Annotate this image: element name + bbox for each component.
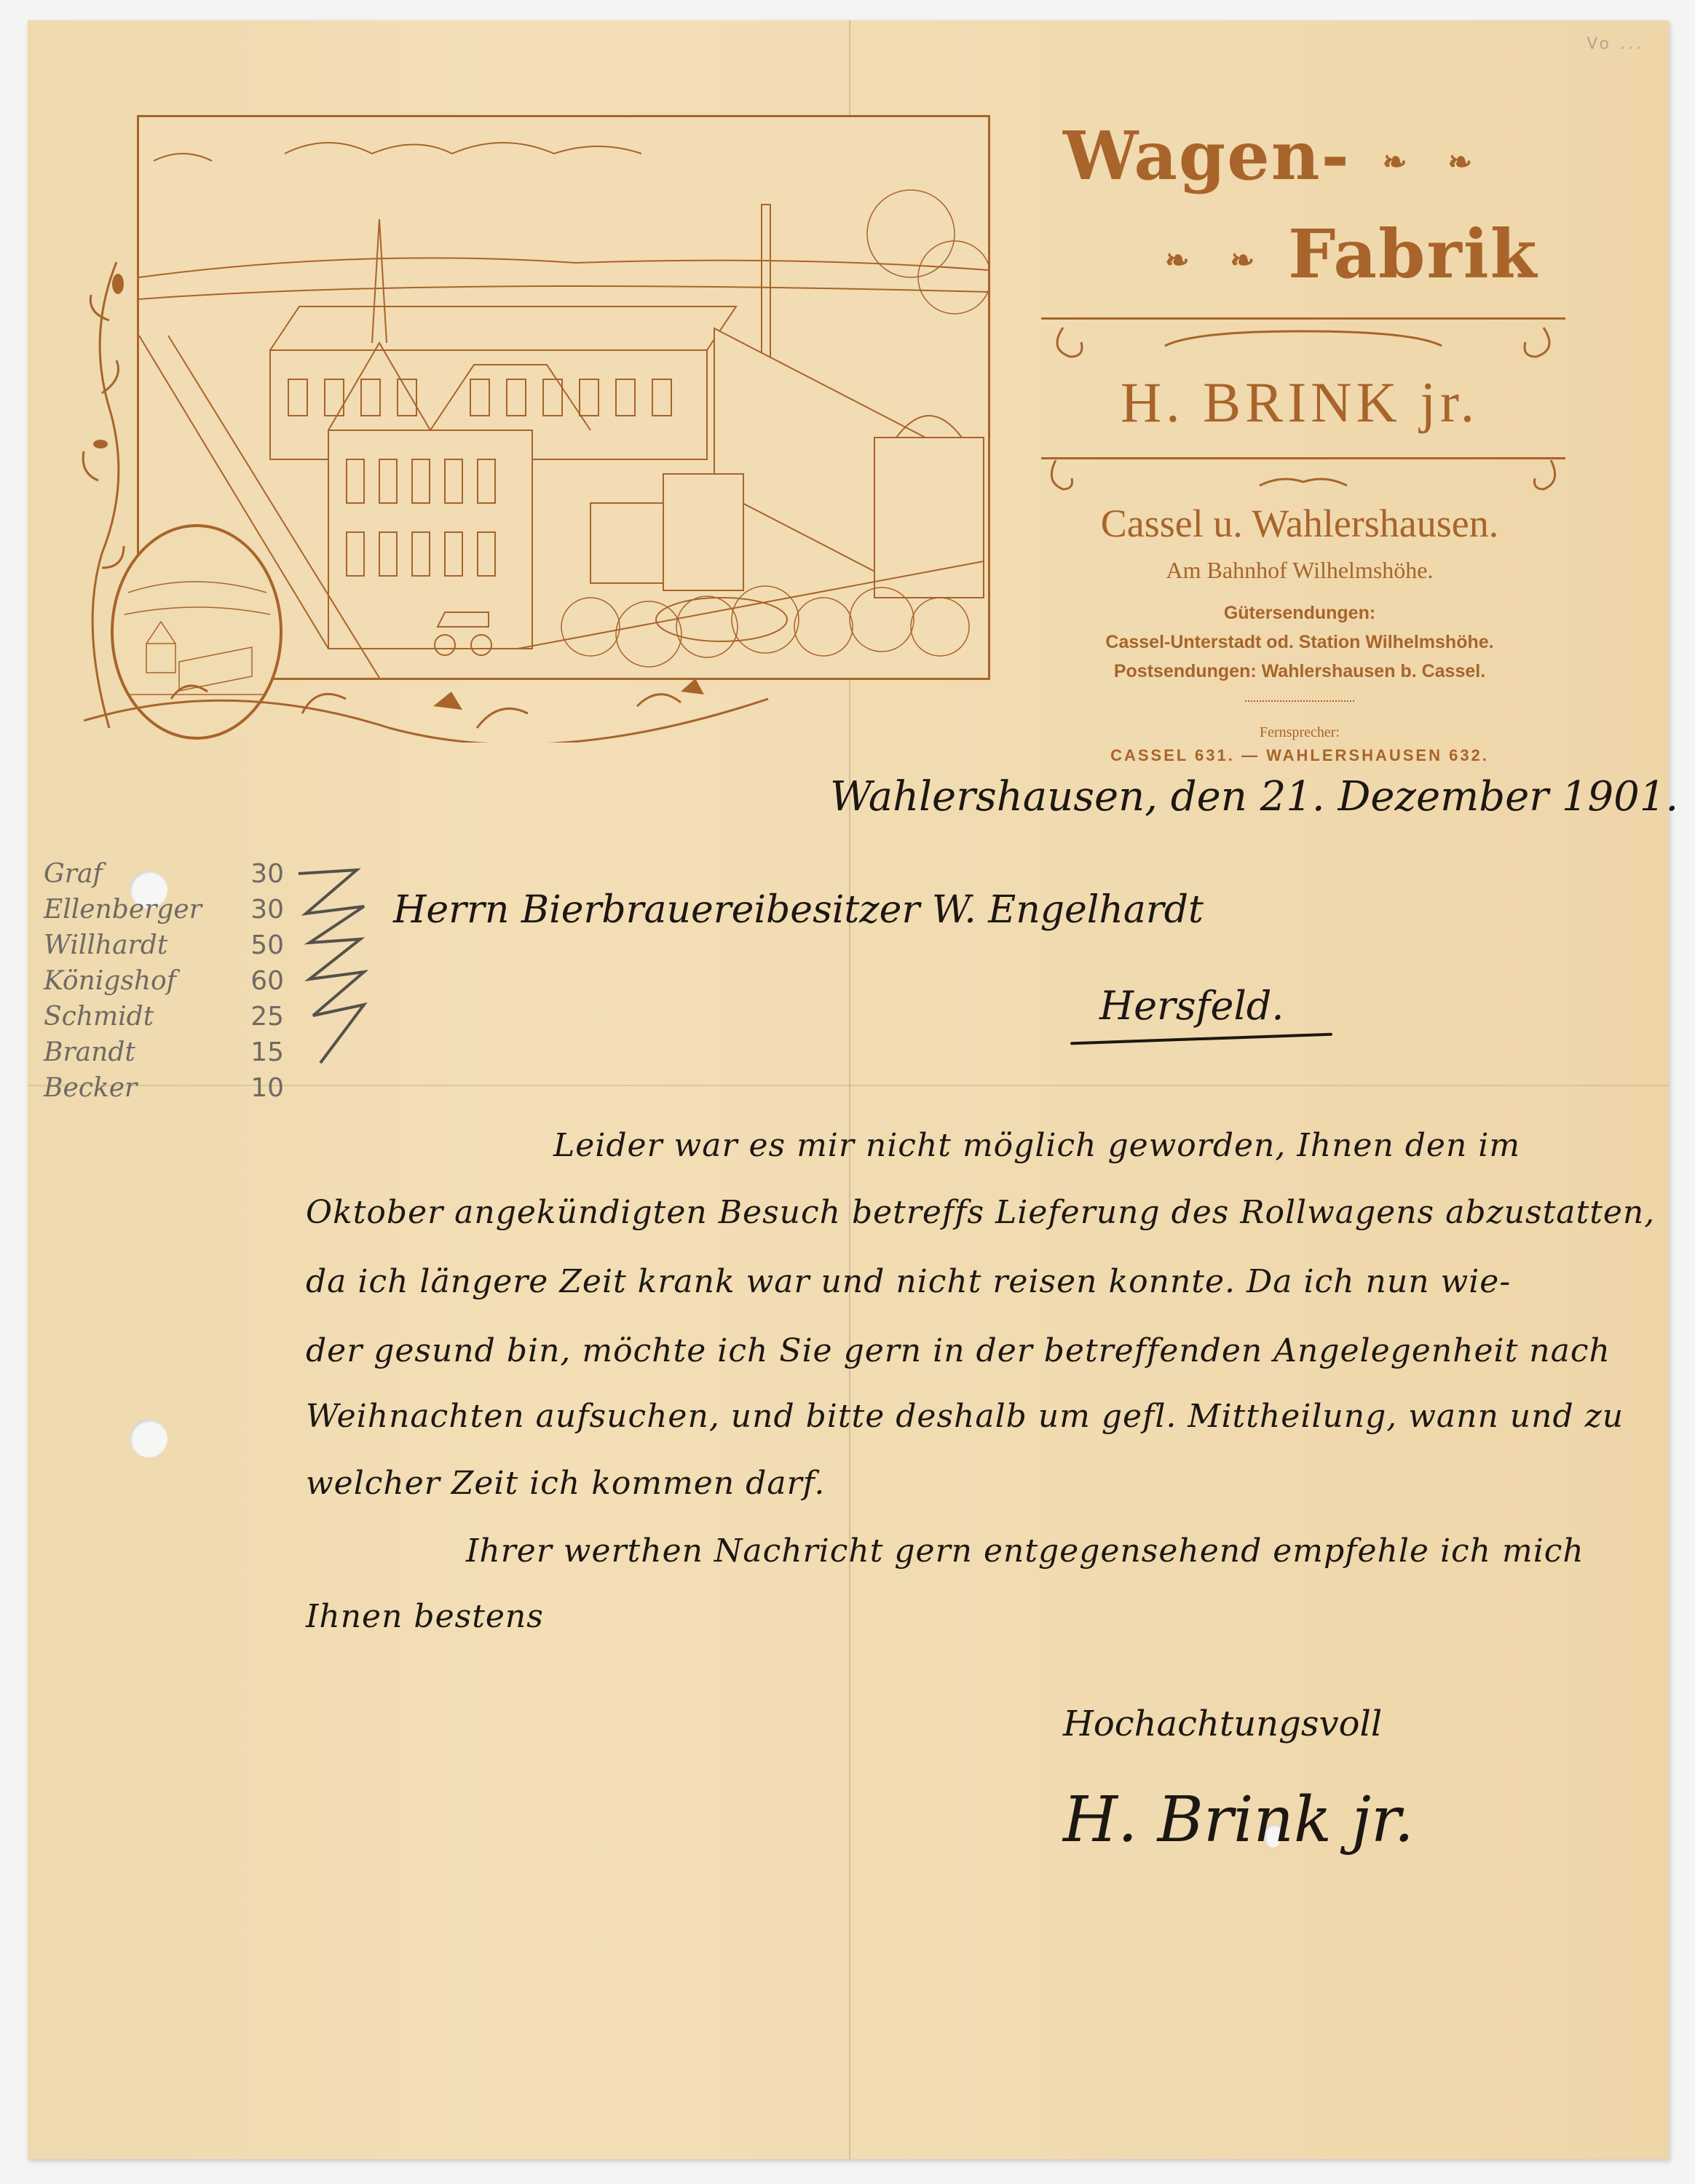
ornamental-rule-top — [1041, 317, 1565, 320]
body-line-8: Ihnen bestens — [306, 1598, 544, 1635]
body-line-7: Ihrer werthen Nachricht gern entgegenseh… — [466, 1532, 1584, 1570]
scroll-flourish-icon — [1041, 320, 1565, 364]
body-line-4: der gesund bin, möchte ich Sie gern in d… — [306, 1332, 1611, 1369]
body-line-2: Oktober angekündigten Besuch betreffs Li… — [306, 1194, 1655, 1231]
punch-hole-lower — [130, 1420, 167, 1457]
company-address: Am Bahnhof Wilhelmshöhe. — [1005, 557, 1595, 584]
postal-address: Postsendungen: Wahlershausen b. Cassel. — [1005, 661, 1595, 682]
letter-date: Wahlershausen, den 21. Dezember 1901. — [830, 773, 1678, 820]
phone-numbers: CASSEL 631. — WAHLERSHAUSEN 632. — [1005, 746, 1595, 765]
leaf-ornament-icon: ❧ — [1165, 243, 1191, 277]
letter-addressee: Herrn Bierbrauereibesitzer W. Engelhardt — [393, 888, 1204, 932]
pencil-scribble-icon — [291, 866, 371, 1085]
firm-name: H. BRINK jr. — [1005, 370, 1595, 435]
letterhead-title-wagen: Wagen- ❧ ❧ — [1063, 116, 1481, 195]
body-line-1: Leider war es mir nicht möglich geworden… — [553, 1127, 1520, 1164]
leaf-ornament-icon: ❧ — [1447, 145, 1474, 179]
scroll-flourish-icon — [1041, 460, 1565, 496]
leaf-ornament-icon: ❧ — [1230, 243, 1257, 277]
letterhead-title-fabrik: ❧ ❧ Fabrik — [1158, 215, 1538, 293]
letter-signature: H. Brink jr. — [1063, 1784, 1414, 1856]
letter-destination: Hersfeld. — [1099, 983, 1284, 1029]
freight-label: Gütersendungen: — [1005, 603, 1595, 624]
leaf-ornament-icon: ❧ — [1383, 145, 1409, 179]
body-line-6: welcher Zeit ich kommen darf. — [306, 1465, 825, 1502]
oak-leaf-garland-icon — [84, 655, 783, 743]
ornamental-rule-middle — [1041, 457, 1565, 459]
wavy-divider — [1245, 700, 1354, 702]
freight-station: Cassel-Unterstadt od. Station Wilhelmshö… — [1005, 632, 1595, 653]
corner-pencil-note: Vo ... — [1587, 35, 1644, 53]
letter-closing: Hochachtungsvoll — [1063, 1704, 1382, 1744]
phone-label: Fernsprecher: — [1005, 724, 1595, 741]
body-line-3: da ich längere Zeit krank war und nicht … — [306, 1263, 1511, 1300]
body-line-5: Weihnachten aufsuchen, und bitte deshalb… — [306, 1398, 1624, 1435]
company-cities: Cassel u. Wahlershausen. — [1005, 501, 1595, 546]
